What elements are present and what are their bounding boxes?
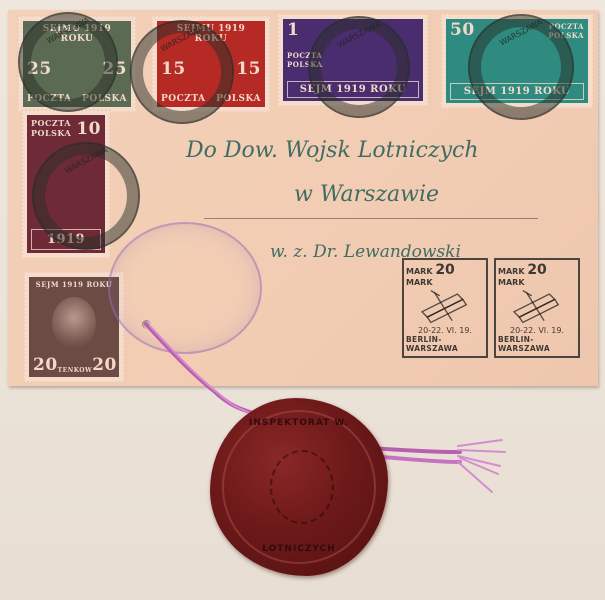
stamp-top-text: POCZTA POLSKA bbox=[31, 118, 71, 138]
portrait-icon bbox=[52, 297, 96, 349]
stamp-value: 10 bbox=[76, 121, 101, 138]
stamp-green-25: SEJMU 1919 ROKU 25 25 POCZTA POLSKA bbox=[18, 16, 136, 112]
cord-hole bbox=[142, 320, 151, 329]
postal-card: SEJMU 1919 ROKU 25 25 POCZTA POLSKA SEJM… bbox=[8, 10, 598, 386]
cachet-value: 20 bbox=[435, 262, 454, 278]
stamp-value: 20 bbox=[92, 357, 117, 374]
address-line-2: w Warszawie bbox=[294, 182, 439, 207]
cachet-top-left: MARK bbox=[406, 267, 433, 276]
stamp-bottom-right: POLSKA bbox=[216, 94, 261, 104]
biplane-icon bbox=[413, 287, 477, 326]
seal-legend-bottom: LOTNICZYCH bbox=[210, 544, 388, 554]
cachet-value: 20 bbox=[527, 262, 546, 278]
stamp-value: 20 bbox=[33, 357, 58, 374]
stamp-portrait-caption: SEJM 1919 ROKU bbox=[33, 280, 115, 289]
cachet-route: BERLIN-WARSZAWA bbox=[406, 335, 484, 353]
stamp-red-15: SEJMU 1919 ROKU 15 15 POCZTA POLSKA bbox=[152, 16, 270, 112]
stamp-side-text: POCZTA POLSKA bbox=[544, 22, 584, 40]
stamp-band: SEJM 1919 ROKU bbox=[450, 83, 584, 100]
stamp-bottom-left: POCZTA bbox=[27, 94, 72, 104]
stamp-band: 1919 bbox=[31, 229, 101, 250]
cachet-route: BERLIN-WARSZAWA bbox=[498, 335, 576, 353]
cachet-top-left: MARK bbox=[498, 267, 525, 276]
stamp-teal-50: 50 POCZTA POLSKA SEJM 1919 ROKU bbox=[441, 14, 593, 108]
stamp-value: 50 bbox=[450, 22, 475, 39]
stamp-value: 25 bbox=[27, 61, 52, 78]
stamp-band: SEJM 1919 ROKU bbox=[287, 81, 419, 98]
stamp-top-text: SEJMU 1919 ROKU bbox=[161, 24, 261, 44]
cachet-date: 20-22. VI. 19. bbox=[510, 326, 564, 335]
eagle-emblem-icon bbox=[270, 450, 334, 524]
stamp-value: 1 bbox=[287, 22, 299, 39]
cachet-top-right: MARK bbox=[406, 278, 433, 287]
purple-handstamp bbox=[108, 222, 262, 354]
address-line-1: Do Dow. Wojsk Lotniczych bbox=[186, 138, 479, 163]
address-underline bbox=[204, 218, 538, 219]
stamp-side-text: POCZTA POLSKA bbox=[287, 51, 327, 69]
stamp-value: 15 bbox=[236, 61, 261, 78]
wax-seal: INSPEKTORAT W. LOTNICZYCH bbox=[210, 398, 388, 576]
stamp-bottom-left: POCZTA bbox=[161, 94, 206, 104]
stamp-value: 15 bbox=[161, 61, 186, 78]
flight-cachet-2: MARK 20 MARK 20-22. VI. 19. BERLIN-WARSZ… bbox=[494, 258, 580, 358]
stamp-bottom-center: TENKOW bbox=[58, 367, 93, 374]
stamp-bottom-right: POLSKA bbox=[82, 94, 127, 104]
stamp-violet-1: 1 POCZTA POLSKA SEJM 1919 ROKU bbox=[278, 14, 428, 106]
stamp-value: 25 bbox=[102, 61, 127, 78]
stamp-maroon-10: POCZTA POLSKA 10 1919 bbox=[22, 110, 110, 258]
cachet-top-right: MARK bbox=[498, 278, 525, 287]
cachet-date: 20-22. VI. 19. bbox=[418, 326, 472, 335]
seal-legend-top: INSPEKTORAT W. bbox=[210, 418, 388, 428]
flight-cachet-1: MARK 20 MARK 20-22. VI. 19. BERLIN-WARSZ… bbox=[402, 258, 488, 358]
biplane-icon bbox=[505, 287, 569, 326]
stamp-top-text: SEJMU 1919 ROKU bbox=[27, 24, 127, 44]
